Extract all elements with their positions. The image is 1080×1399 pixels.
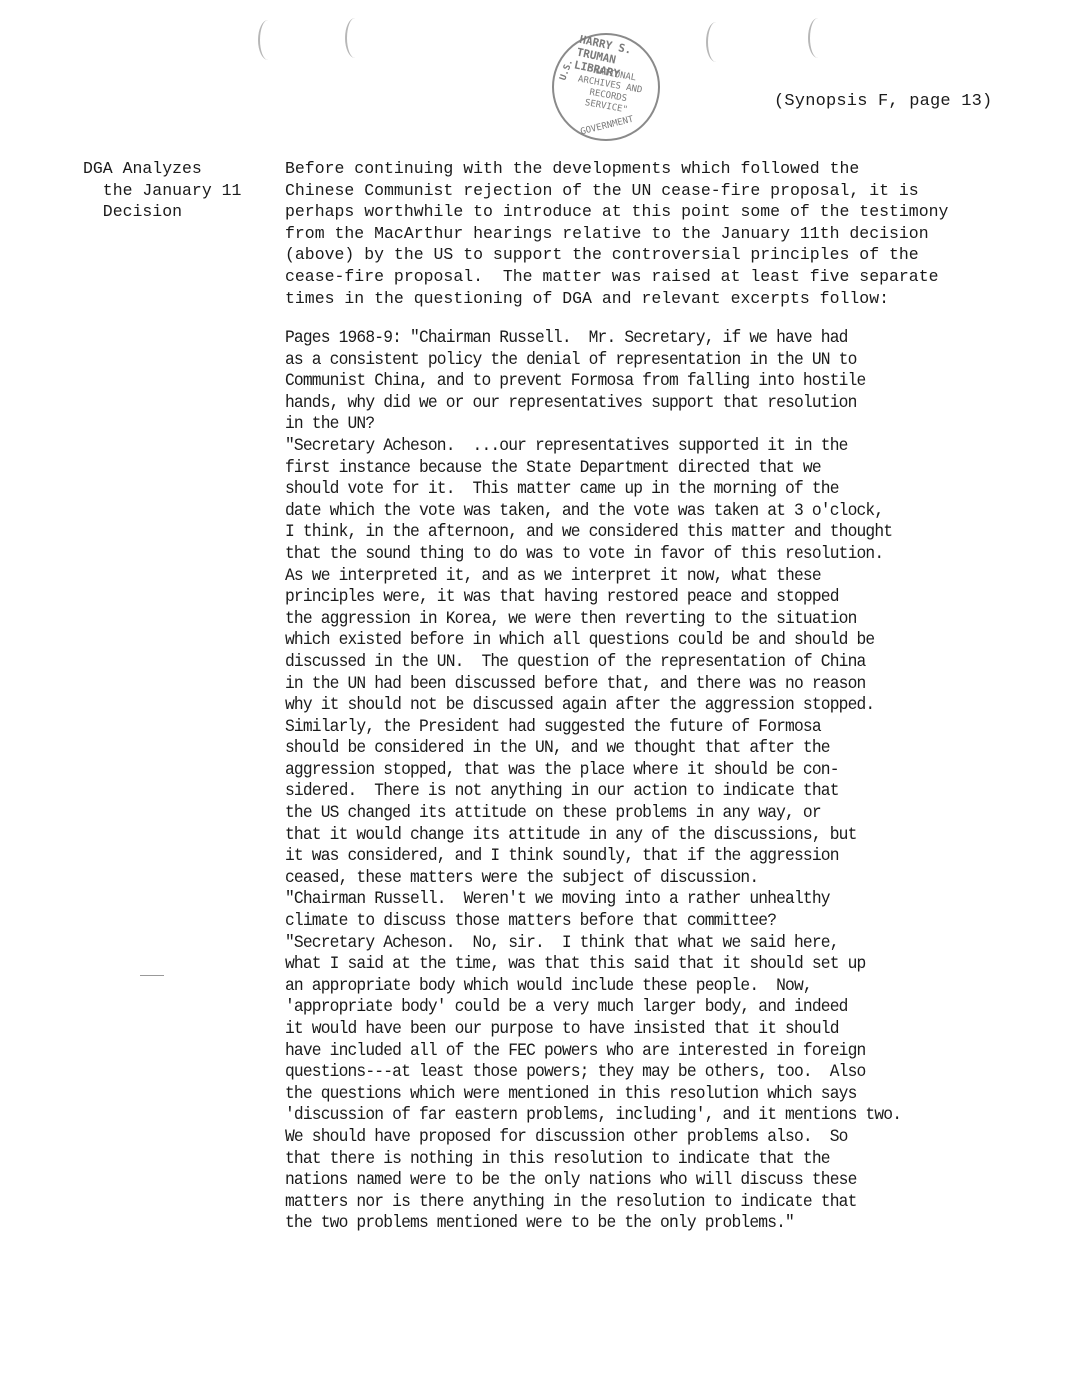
testimony-line: that the sound thing to do was to vote i…	[285, 544, 901, 566]
testimony-line: As we interpreted it, and as we interpre…	[285, 566, 901, 588]
stamp-bottom-text: GOVERNMENT	[580, 115, 635, 138]
margin-heading-line: Decision	[83, 201, 241, 223]
testimony-excerpt: Pages 1968-9: "Chairman Russell. Mr. Sec…	[285, 328, 901, 1235]
page-label: (Synopsis F, page 13)	[774, 92, 992, 111]
testimony-line: that it would change its attitude in any…	[285, 825, 901, 847]
testimony-line: sidered. There is not anything in our ac…	[285, 781, 901, 803]
testimony-line: which existed before in which all questi…	[285, 630, 901, 652]
margin-heading: DGA Analyzes the January 11 Decision	[83, 158, 241, 223]
punch-hole-mark	[345, 18, 365, 58]
testimony-line: Pages 1968-9: "Chairman Russell. Mr. Sec…	[285, 328, 901, 350]
testimony-line: should be considered in the UN, and we t…	[285, 738, 901, 760]
testimony-line: "Chairman Russell. Weren't we moving int…	[285, 889, 901, 911]
testimony-line: first instance because the State Departm…	[285, 458, 901, 480]
intro-line: Chinese Communist rejection of the UN ce…	[285, 180, 948, 202]
testimony-line: I think, in the afternoon, and we consid…	[285, 522, 901, 544]
testimony-line: "Secretary Acheson. No, sir. I think tha…	[285, 933, 901, 955]
testimony-line: in the UN?	[285, 414, 901, 436]
testimony-line: what I said at the time, was that this s…	[285, 954, 901, 976]
margin-heading-line: DGA Analyzes	[83, 158, 241, 180]
intro-line: perhaps worthwhile to introduce at this …	[285, 201, 948, 223]
testimony-line: should vote for it. This matter came up …	[285, 479, 901, 501]
intro-line: times in the questioning of DGA and rele…	[285, 288, 948, 310]
testimony-line: date which the vote was taken, and the v…	[285, 501, 901, 523]
archive-stamp: HARRY S. TRUMAN LIBRARY U.S. "NATIONAL A…	[552, 33, 660, 141]
testimony-line: the two problems mentioned were to be th…	[285, 1213, 901, 1235]
testimony-line: aggression stopped, that was the place w…	[285, 760, 901, 782]
punch-hole-mark	[808, 18, 828, 58]
testimony-line: as a consistent policy the denial of rep…	[285, 350, 901, 372]
margin-heading-line: the January 11	[83, 180, 241, 202]
testimony-line: have included all of the FEC powers who …	[285, 1041, 901, 1063]
punch-hole-mark	[258, 20, 278, 60]
testimony-line: an appropriate body which would include …	[285, 976, 901, 998]
testimony-line: discussed in the UN. The question of the…	[285, 652, 901, 674]
testimony-line: Similarly, the President had suggested t…	[285, 717, 901, 739]
testimony-line: the US changed its attitude on these pro…	[285, 803, 901, 825]
intro-line: Before continuing with the developments …	[285, 158, 948, 180]
testimony-line: it was considered, and I think soundly, …	[285, 846, 901, 868]
testimony-line: the questions which were mentioned in th…	[285, 1084, 901, 1106]
intro-line: cease-fire proposal. The matter was rais…	[285, 266, 948, 288]
testimony-line: questions---at least those powers; they …	[285, 1062, 901, 1084]
intro-paragraph: Before continuing with the developments …	[285, 158, 948, 309]
intro-line: (above) by the US to support the controv…	[285, 244, 948, 266]
intro-line: from the MacArthur hearings relative to …	[285, 223, 948, 245]
testimony-line: "Secretary Acheson. ...our representativ…	[285, 436, 901, 458]
testimony-line: 'appropriate body' could be a very much …	[285, 997, 901, 1019]
testimony-line: in the UN had been discussed before that…	[285, 674, 901, 696]
testimony-line: why it should not be discussed again aft…	[285, 695, 901, 717]
testimony-line: Communist China, and to prevent Formosa …	[285, 371, 901, 393]
margin-mark	[140, 975, 164, 976]
testimony-line: We should have proposed for discussion o…	[285, 1127, 901, 1149]
testimony-line: 'discussion of far eastern problems, inc…	[285, 1105, 901, 1127]
punch-hole-mark	[706, 22, 726, 62]
testimony-line: hands, why did we or our representatives…	[285, 393, 901, 415]
testimony-line: climate to discuss those matters before …	[285, 911, 901, 933]
testimony-line: it would have been our purpose to have i…	[285, 1019, 901, 1041]
testimony-line: principles were, it was that having rest…	[285, 587, 901, 609]
testimony-line: matters nor is there anything in the res…	[285, 1192, 901, 1214]
testimony-line: that there is nothing in this resolution…	[285, 1149, 901, 1171]
testimony-line: the aggression in Korea, we were then re…	[285, 609, 901, 631]
testimony-line: nations named were to be the only nation…	[285, 1170, 901, 1192]
testimony-line: ceased, these matters were the subject o…	[285, 868, 901, 890]
